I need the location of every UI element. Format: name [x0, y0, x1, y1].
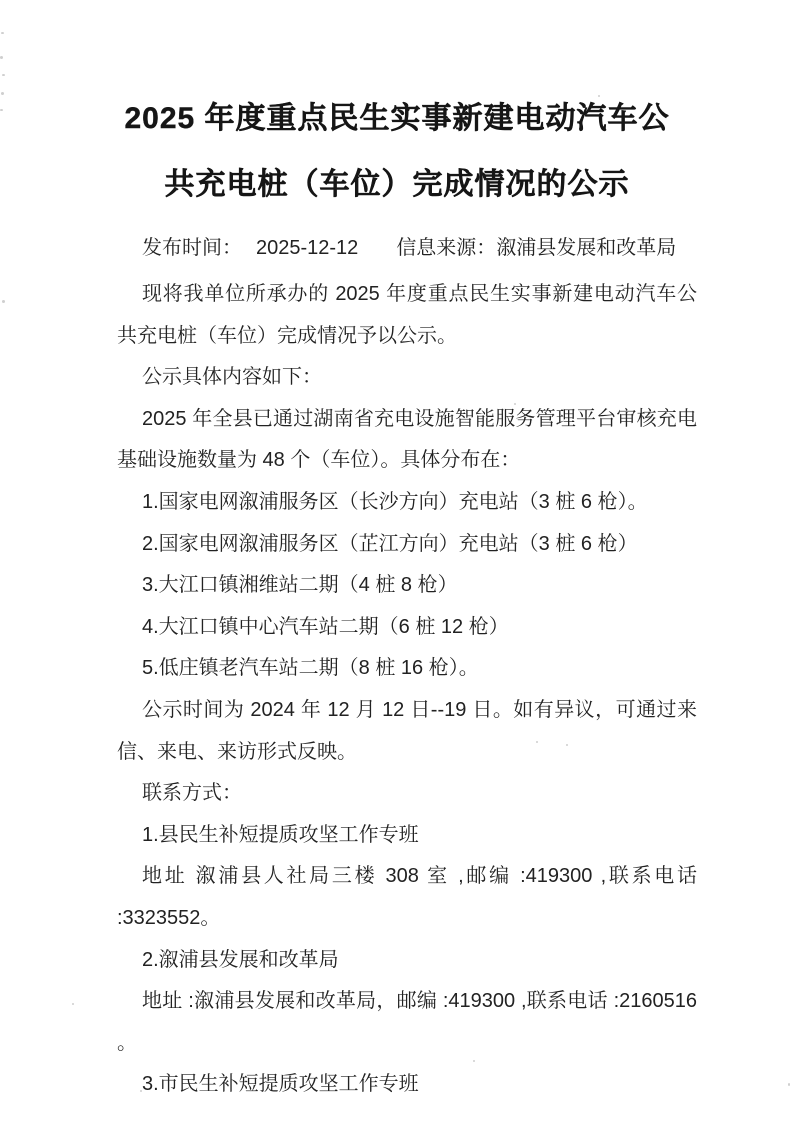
paragraph-intro: 现将我单位所承办的 2025 年度重点民生实事新建电动汽车公共充电桩（车位）完成… — [117, 274, 697, 357]
scan-speck — [0, 56, 3, 59]
list-item-station-5: 5.低庄镇老汽车站二期（8 桩 16 枪）。 — [117, 648, 697, 690]
contact-2-address: 地址 :溆浦县发展和改革局，邮编 :419300 ,联系电话 :2160516 … — [117, 981, 697, 1064]
scan-speck — [473, 1060, 475, 1062]
paragraph-total-count: 2025 年全县已通过湖南省充电设施智能服务管理平台审核充电基础设施数量为 48… — [117, 399, 697, 482]
paragraph-notice-period: 公示时间为 2024 年 12 月 12 日--19 日。如有异议，可通过来信、… — [117, 690, 697, 773]
publish-time-label: 发布时间： — [142, 237, 242, 259]
document-title-line-1: 2025 年度重点民生实事新建电动汽车公 — [0, 86, 794, 152]
scan-speck — [1, 92, 4, 95]
publish-time-value: 2025-12-12 — [256, 237, 358, 259]
scan-speck — [1, 32, 4, 34]
scan-speck — [2, 74, 5, 76]
list-item-station-1: 1.国家电网溆浦服务区（长沙方向）充电站（3 桩 6 枪）。 — [117, 482, 697, 524]
scan-speck — [0, 109, 3, 111]
list-item-station-4: 4.大江口镇中心汽车站二期（6 桩 12 枪） — [117, 607, 697, 649]
scan-speck — [566, 744, 568, 746]
document-title: 2025 年度重点民生实事新建电动汽车公 共充电桩（车位）完成情况的公示 — [0, 0, 794, 218]
document-title-line-2: 共充电桩（车位）完成情况的公示 — [0, 152, 794, 218]
contact-1-address: 地址 溆浦县人社局三楼 308 室 ,邮编 :419300 ,联系电话 :332… — [117, 856, 697, 939]
contact-1-name: 1.县民生补短提质攻坚工作专班 — [117, 815, 697, 857]
scan-speck — [514, 403, 516, 405]
list-item-station-3: 3.大江口镇湘维站二期（4 桩 8 枪） — [117, 565, 697, 607]
contact-3-name: 3.市民生补短提质攻坚工作专班 — [117, 1064, 697, 1106]
list-item-station-2: 2.国家电网溆浦服务区（芷江方向）充电站（3 桩 6 枪） — [117, 524, 697, 566]
scanned-document-page: 2025 年度重点民生实事新建电动汽车公 共充电桩（车位）完成情况的公示 发布时… — [0, 0, 794, 1122]
scan-speck — [140, 1090, 142, 1092]
scan-speck — [598, 95, 600, 97]
contact-2-name: 2.溆浦县发展和改革局 — [117, 940, 697, 982]
scan-speck — [788, 1083, 790, 1086]
scan-speck — [2, 300, 5, 303]
meta-line: 发布时间：2025-12-12信息来源：溆浦县发展和改革局 — [0, 232, 794, 264]
paragraph-content-heading: 公示具体内容如下： — [117, 357, 697, 399]
scan-speck — [536, 741, 538, 743]
scan-speck — [72, 1003, 74, 1005]
paragraph-contact-heading: 联系方式： — [117, 773, 697, 815]
document-body: 现将我单位所承办的 2025 年度重点民生实事新建电动汽车公共充电桩（车位）完成… — [0, 274, 697, 1106]
info-source-value: 溆浦县发展和改革局 — [496, 237, 676, 259]
info-source-label: 信息来源： — [396, 237, 496, 259]
